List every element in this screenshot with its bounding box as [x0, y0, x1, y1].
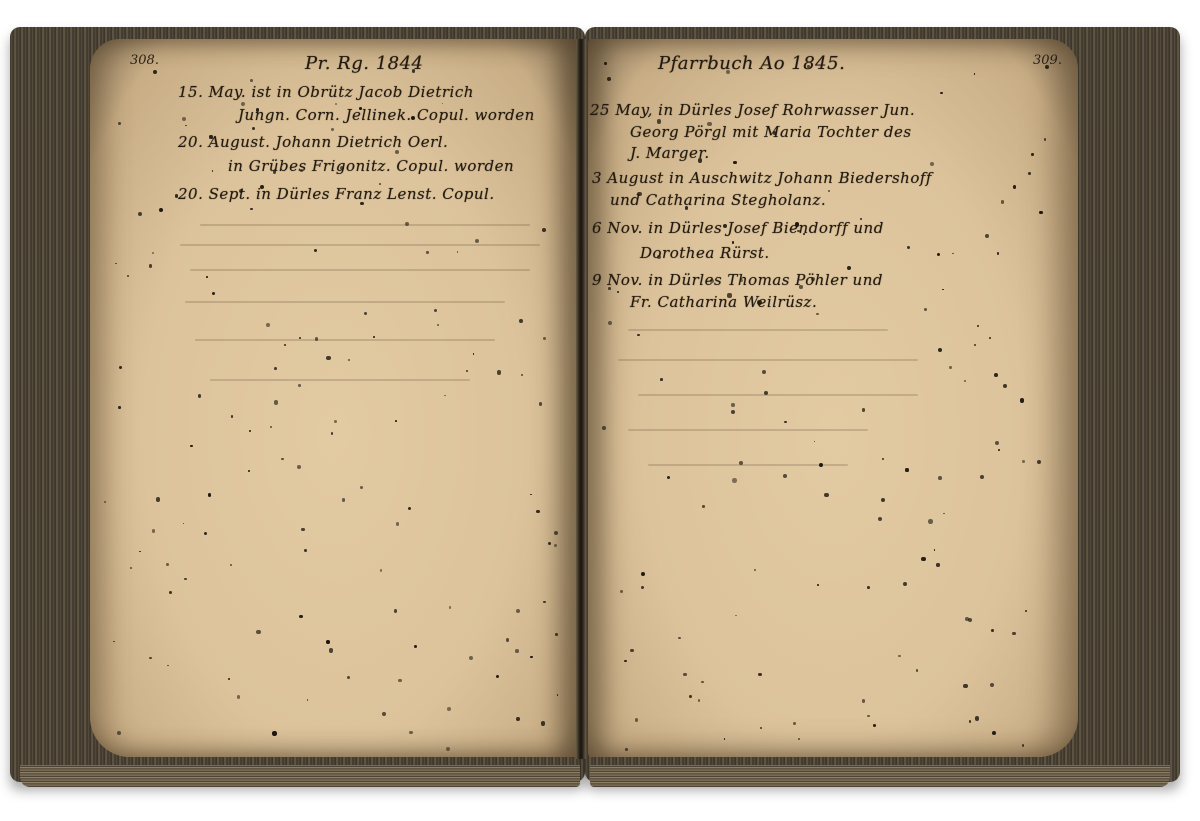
- entry-line: Dorothea Rürst.: [640, 244, 770, 262]
- entry-line: 20. August. Johann Dietrich Oerl.: [178, 133, 448, 151]
- left-page: 308. Pr. Rg. 1844 15. May. ist in Obrütz…: [90, 39, 577, 757]
- left-page-stack: [20, 765, 580, 787]
- entry-line: 3 August in Auschwitz Johann Biedershoff: [592, 169, 932, 187]
- page-number-left: 308.: [130, 53, 159, 68]
- entry-line: Jungn. Corn. Jellinek. Copul. worden: [238, 106, 535, 124]
- left-page-heading: Pr. Rg. 1844: [305, 53, 424, 74]
- entry-line: in Grübes Frigonitz. Copul. worden: [228, 157, 514, 175]
- open-book: 308. Pr. Rg. 1844 15. May. ist in Obrütz…: [10, 27, 1180, 787]
- entry-line: 15. May. ist in Obrütz Jacob Dietrich: [178, 83, 474, 101]
- book-spine: [576, 39, 586, 759]
- right-page-heading: Pfarrbuch Ao 1845.: [658, 53, 845, 74]
- right-page: 309. Pfarrbuch Ao 1845. 25 May, in Dürle…: [588, 39, 1078, 757]
- entry-line: 20. Sept. in Dürles Franz Lenst. Copul.: [178, 185, 495, 203]
- entry-line: 25 May, in Dürles Josef Rohrwasser Jun.: [590, 101, 915, 119]
- entry-line: und Catharina Stegholanz.: [610, 191, 826, 209]
- entry-line: Georg Pörgl mit Maria Tochter des: [630, 123, 912, 141]
- right-page-stack: [590, 765, 1170, 787]
- entry-line: Fr. Catharina Weilrüsz.: [630, 293, 817, 311]
- entry-line: 6 Nov. in Dürles Josef Biendorff und: [592, 219, 884, 237]
- entry-line: 9 Nov. in Dürles Thomas Pöhler und: [592, 271, 883, 289]
